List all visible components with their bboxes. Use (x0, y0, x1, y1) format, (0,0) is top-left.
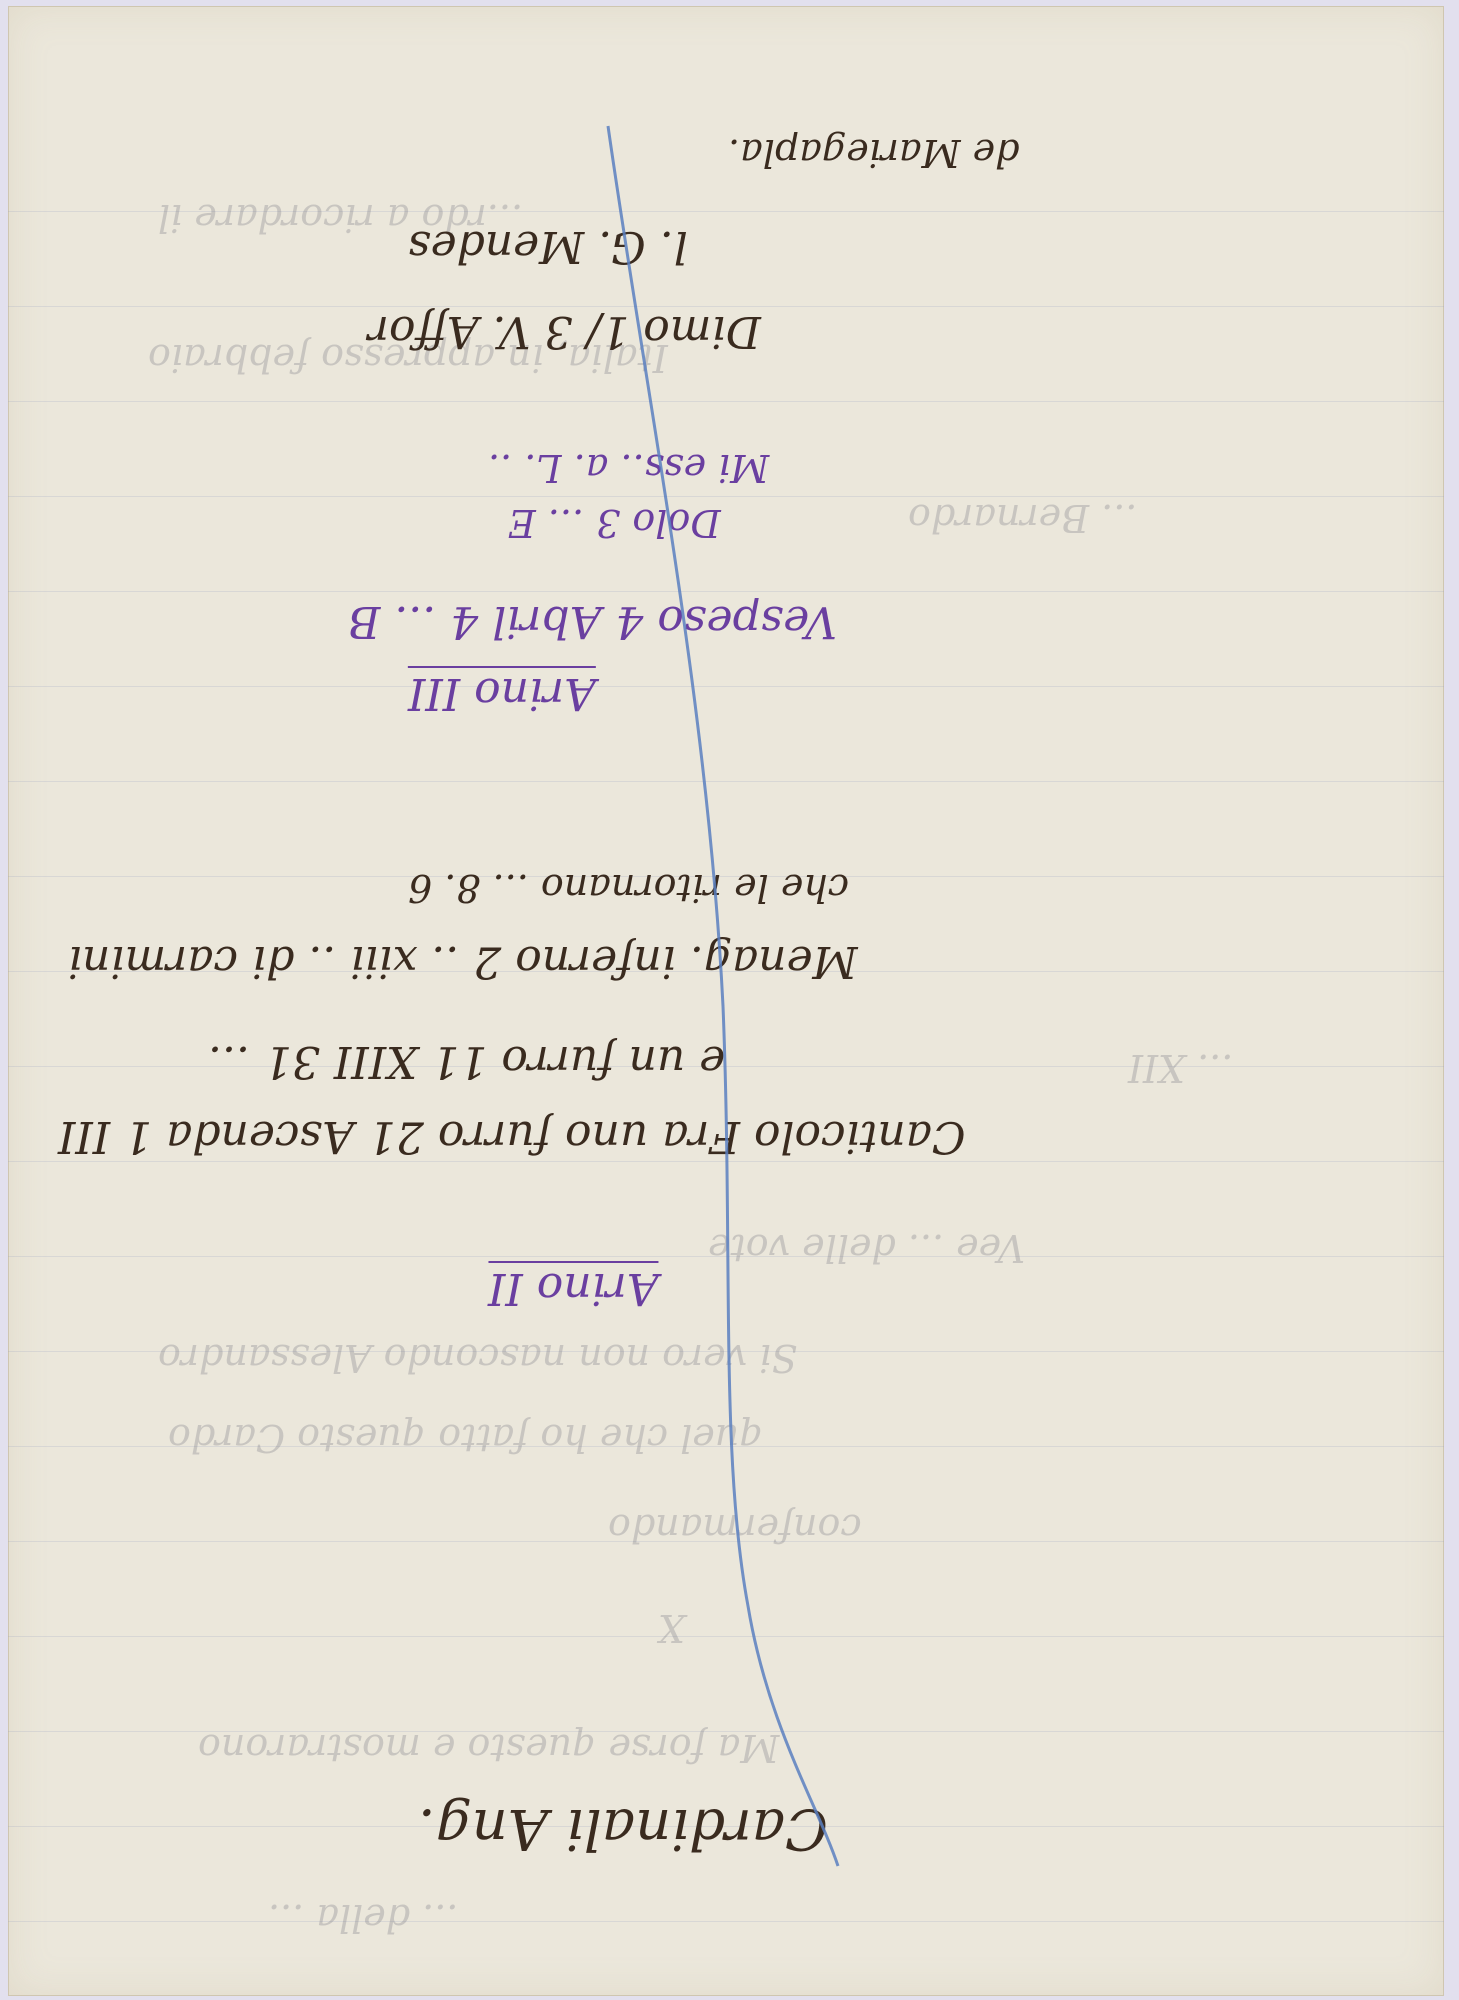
blue-pencil-line (8, 6, 1444, 1996)
manuscript-page: ...rdo a ricordare il Italia, in appress… (8, 6, 1444, 1996)
